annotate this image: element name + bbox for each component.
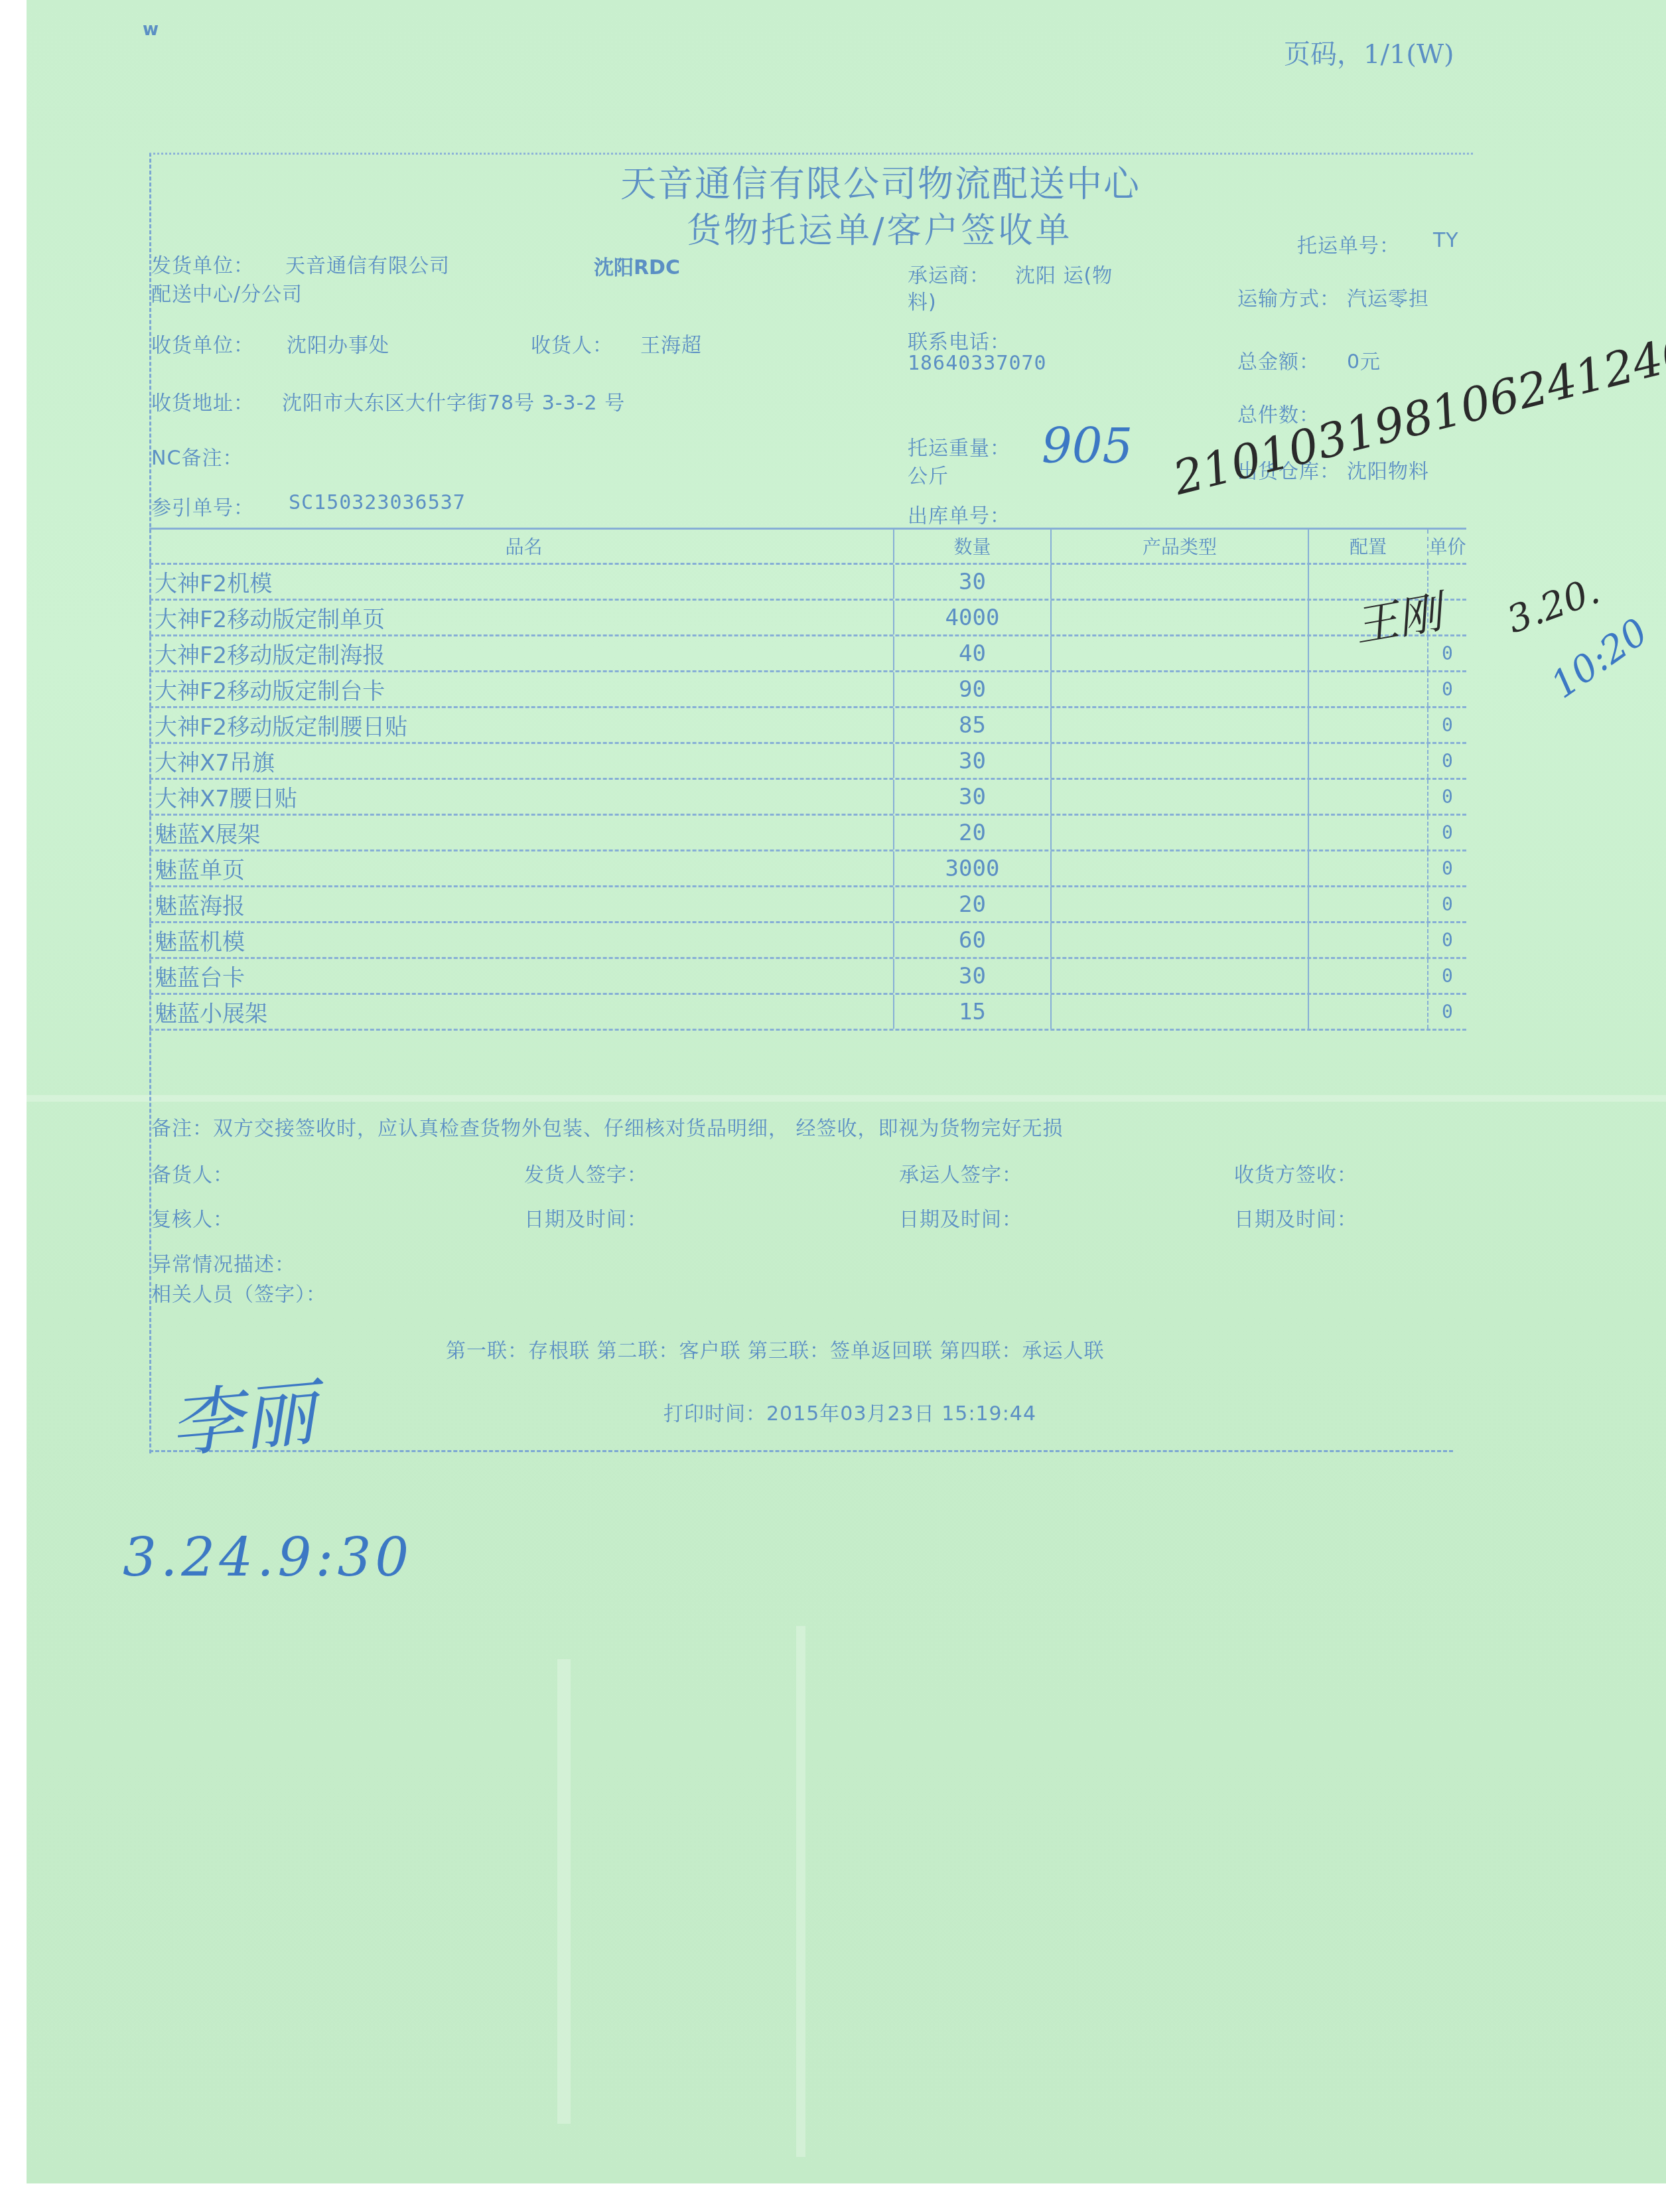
consignee-unit-label: 收货单位： (151, 329, 254, 358)
item-config (1309, 887, 1428, 921)
item-price: 0 (1428, 923, 1466, 957)
table-header-row: 品名 数量 产品类型 配置 单价 (149, 528, 1466, 565)
crease (557, 1659, 571, 2124)
item-name: 大神F2机模 (149, 565, 894, 599)
item-qty: 85 (894, 708, 1052, 742)
item-price: 0 (1428, 816, 1466, 849)
item-config (1309, 672, 1428, 706)
datetime-label: 日期及时间： (899, 1203, 1022, 1232)
item-price: 0 (1428, 851, 1466, 885)
item-type (1052, 601, 1309, 634)
table-row: 魅蓝X展架200 (149, 816, 1466, 851)
item-name: 大神X7腰日贴 (149, 780, 894, 814)
datetime-label: 日期及时间： (1234, 1203, 1357, 1232)
item-type (1052, 995, 1309, 1029)
item-config (1309, 995, 1428, 1029)
reviewer-label: 复核人： (151, 1203, 234, 1232)
waybill-no-label: 托运单号： (1297, 229, 1400, 258)
item-price: 0 (1428, 780, 1466, 814)
page-number: 页码，1/1(W) (1284, 33, 1454, 71)
goods-table: 品名 数量 产品类型 配置 单价 大神F2机模30 大神F2移动版定制单页400… (149, 528, 1466, 1031)
phone-label: 联系电话： (908, 325, 1010, 354)
item-name: 大神F2移动版定制单页 (149, 601, 894, 634)
item-price: 0 (1428, 744, 1466, 778)
item-name: 大神F2移动版定制海报 (149, 636, 894, 670)
waybill-no-value: TY (1433, 229, 1459, 252)
remark: 备注：双方交接签收时，应认真检查货物外包装、仔细核对货品明细， 经签收，即视为货… (151, 1112, 1064, 1141)
table-row: 大神X7腰日贴300 (149, 780, 1466, 816)
table-row: 魅蓝小展架150 (149, 995, 1466, 1031)
table-row: 魅蓝台卡300 (149, 959, 1466, 995)
item-config (1309, 708, 1428, 742)
copies-note: 第一联：存根联 第二联：客户联 第三联：签单返回联 第四联：承运人联 (446, 1334, 1105, 1363)
item-name: 魅蓝海报 (149, 887, 894, 921)
consignee-value: 王海超 (640, 329, 702, 358)
table-row: 大神F2移动版定制台卡900 (149, 672, 1466, 708)
corner-mark: w (143, 20, 159, 40)
carrier-sign-label: 承运人签字： (899, 1158, 1022, 1187)
item-name: 大神X7吊旗 (149, 744, 894, 778)
col-header-qty: 数量 (894, 530, 1052, 563)
item-type (1052, 708, 1309, 742)
sender-label: 发货单位： (151, 249, 254, 278)
item-price: 0 (1428, 887, 1466, 921)
sender-value: 天音通信有限公司 (285, 249, 450, 278)
item-config (1309, 851, 1428, 885)
sender-value-line2: 配送中心/分公司 (151, 277, 303, 307)
item-price: 0 (1428, 636, 1466, 670)
total-amount-label: 总金额： (1237, 345, 1320, 374)
item-type (1052, 851, 1309, 885)
col-header-price: 单价 (1428, 530, 1466, 563)
carrier-value: 沈阳 运(物 (1015, 259, 1113, 288)
weight-label: 托运重量： (908, 431, 1010, 461)
address-value: 沈阳市大东区大什字街78号 3-3-2 号 (282, 386, 625, 415)
related-staff-label: 相关人员（签字）： (151, 1278, 326, 1307)
item-qty: 30 (894, 744, 1052, 778)
phone-value: 18640337070 (908, 352, 1047, 375)
form-frame-bottom (149, 1450, 1453, 1452)
item-config (1309, 816, 1428, 849)
item-name: 魅蓝机模 (149, 923, 894, 957)
item-name: 魅蓝台卡 (149, 959, 894, 993)
item-name: 大神F2移动版定制腰日贴 (149, 708, 894, 742)
item-type (1052, 744, 1309, 778)
item-price: 0 (1428, 995, 1466, 1029)
shipper-sign-label: 发货人签字： (524, 1158, 648, 1187)
consignee-unit-value: 沈阳办事处 (287, 329, 389, 358)
total-amount-value: 0元 (1347, 345, 1381, 374)
address-label: 收货地址： (151, 386, 254, 415)
item-qty: 40 (894, 636, 1052, 670)
item-config (1309, 744, 1428, 778)
item-name: 魅蓝X展架 (149, 816, 894, 849)
weight-unit: 公斤 (908, 459, 949, 488)
item-type (1052, 887, 1309, 921)
preparer-label: 备货人： (151, 1158, 234, 1187)
item-qty: 90 (894, 672, 1052, 706)
outbound-no-label: 出库单号： (908, 499, 1010, 528)
item-type (1052, 816, 1309, 849)
item-price: 0 (1428, 708, 1466, 742)
item-config (1309, 959, 1428, 993)
transport-label: 运输方式： (1237, 282, 1340, 311)
item-type (1052, 565, 1309, 599)
item-name: 大神F2移动版定制台卡 (149, 672, 894, 706)
item-type (1052, 780, 1309, 814)
item-config (1309, 780, 1428, 814)
item-type (1052, 636, 1309, 670)
item-price: 0 (1428, 672, 1466, 706)
sender-rdc: 沈阳RDC (594, 251, 680, 280)
weight-handwritten: 905 (1042, 418, 1133, 474)
ref-no-value: SC150323036537 (289, 491, 466, 514)
table-row: 魅蓝海报200 (149, 887, 1466, 923)
table-row: 魅蓝机模600 (149, 923, 1466, 959)
item-qty: 3000 (894, 851, 1052, 885)
item-qty: 20 (894, 887, 1052, 921)
table-row: 大神F2移动版定制单页4000 (149, 601, 1466, 636)
item-qty: 15 (894, 995, 1052, 1029)
nc-note-label: NC备注： (151, 441, 243, 471)
table-row: 大神X7吊旗300 (149, 744, 1466, 780)
exception-label: 异常情况描述： (151, 1248, 295, 1277)
item-name: 魅蓝小展架 (149, 995, 894, 1029)
datetime-label: 日期及时间： (524, 1203, 648, 1232)
item-qty: 30 (894, 959, 1052, 993)
crease (796, 1626, 805, 2157)
item-type (1052, 923, 1309, 957)
item-qty: 4000 (894, 601, 1052, 634)
col-header-type: 产品类型 (1052, 530, 1309, 563)
company-title: 天音通信有限公司物流配送中心 (620, 156, 1141, 207)
col-header-name: 品名 (149, 530, 894, 563)
ref-no-label: 参引单号： (151, 491, 254, 520)
receiver-sign-label: 收货方签收： (1234, 1158, 1357, 1187)
item-qty: 20 (894, 816, 1052, 849)
item-price: 0 (1428, 959, 1466, 993)
print-time: 打印时间：2015年03月23日 15:19:44 (663, 1397, 1036, 1426)
form-title: 货物托运单/客户签收单 (687, 202, 1073, 252)
handwritten-signature-left: 李丽 (165, 1355, 320, 1472)
carrier-value-line2: 料) (908, 285, 937, 315)
item-qty: 30 (894, 780, 1052, 814)
table-row: 大神F2移动版定制海报400 (149, 636, 1466, 672)
handwritten-datetime-left: 3.24.9:30 (123, 1526, 413, 1588)
col-header-config: 配置 (1309, 530, 1428, 563)
item-qty: 30 (894, 565, 1052, 599)
item-type (1052, 672, 1309, 706)
table-row: 大神F2机模30 (149, 565, 1466, 601)
item-qty: 60 (894, 923, 1052, 957)
transport-value: 汽运零担 (1347, 282, 1429, 311)
consignee-label: 收货人： (531, 329, 613, 358)
carrier-label: 承运商： (908, 259, 990, 288)
table-row: 魅蓝单页30000 (149, 851, 1466, 887)
item-config (1309, 923, 1428, 957)
table-row: 大神F2移动版定制腰日贴850 (149, 708, 1466, 744)
item-name: 魅蓝单页 (149, 851, 894, 885)
item-type (1052, 959, 1309, 993)
